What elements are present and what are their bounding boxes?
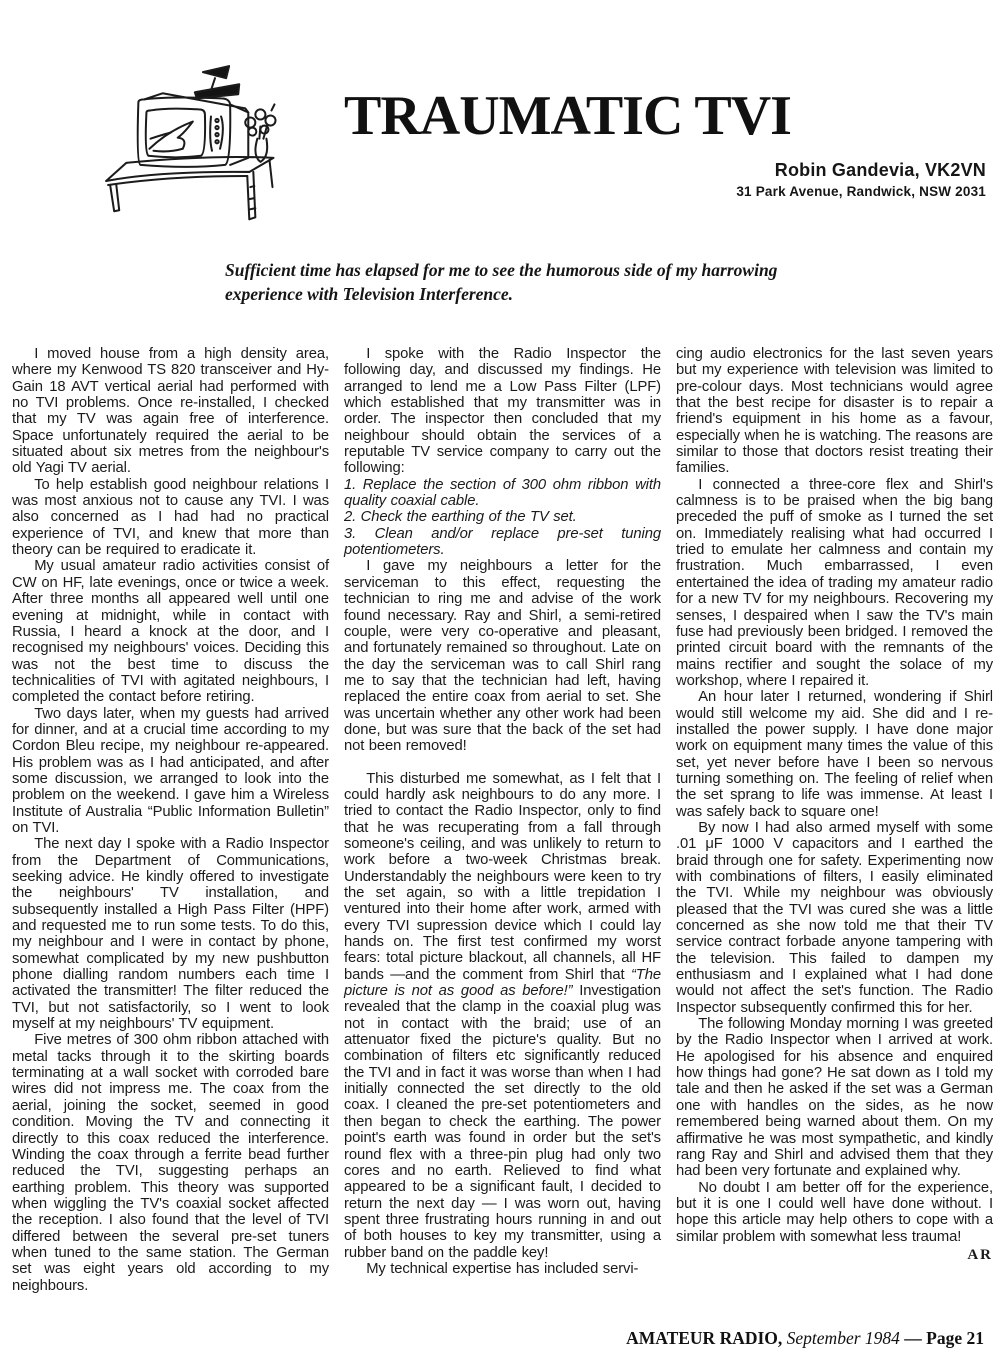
paragraph: My technical expertise has included serv… <box>344 1261 661 1277</box>
page-footer: AMATEUR RADIO, September 1984 — Page 21 <box>626 1328 984 1349</box>
paragraph: An hour later I returned, wondering if S… <box>676 689 993 820</box>
paragraph: By now I had also armed myself with some… <box>676 820 993 1016</box>
paragraph: No doubt I am better off for the experie… <box>676 1180 993 1245</box>
magazine-name: AMATEUR RADIO, <box>626 1328 782 1348</box>
paragraph: Two days later, when my guests had arriv… <box>12 706 329 837</box>
author-byline: Robin Gandevia, VK2VN <box>736 160 986 181</box>
magazine-page: TRAUMATIC TVI Robin Gandevia, VK2VN 31 P… <box>0 0 1000 1356</box>
page-number: — Page 21 <box>904 1328 984 1348</box>
list-item-3: 3. Clean and/or replace pre-set tuning p… <box>344 526 661 559</box>
paragraph: The following Monday morning I was greet… <box>676 1016 993 1179</box>
paragraph: I spoke with the Radio Inspector the fol… <box>344 346 661 477</box>
list-item-2: 2. Check the earthing of the TV set. <box>344 509 661 525</box>
paragraph-text: This disturbed me somewhat, as I felt th… <box>344 771 661 983</box>
article-column-2: I spoke with the Radio Inspector the fol… <box>344 346 661 1294</box>
byline-block: Robin Gandevia, VK2VN 31 Park Avenue, Ra… <box>736 160 986 199</box>
paragraph: This disturbed me somewhat, as I felt th… <box>344 771 661 1261</box>
article-body: I moved house from a high density area, … <box>12 346 993 1294</box>
paragraph-text: Investigation revealed that the clamp in… <box>344 983 661 1261</box>
paragraph: I connected a three-core flex and Shirl'… <box>676 477 993 689</box>
article-lede: Sufficient time has elapsed for me to se… <box>225 258 810 306</box>
paragraph: My usual amateur radio activities consis… <box>12 558 329 705</box>
issue-date: September 1984 <box>782 1328 904 1348</box>
author-address: 31 Park Avenue, Randwick, NSW 2031 <box>736 184 986 199</box>
paragraph: The next day I spoke with a Radio Inspec… <box>12 836 329 1032</box>
paragraph: To help establish good neighbour relatio… <box>12 477 329 559</box>
paragraph: I moved house from a high density area, … <box>12 346 329 477</box>
article-column-1: I moved house from a high density area, … <box>12 346 329 1294</box>
list-item-1: 1. Replace the section of 300 ohm ribbon… <box>344 477 661 510</box>
paragraph: cing audio electronics for the last seve… <box>676 346 993 477</box>
article-end-mark: AR <box>676 1247 993 1263</box>
article-column-3: cing audio electronics for the last seve… <box>676 346 993 1294</box>
page-title: TRAUMATIC TVI <box>344 84 791 148</box>
paragraph: Five metres of 300 ohm ribbon attached w… <box>12 1032 329 1294</box>
paragraph: I gave my neighbours a letter for the se… <box>344 558 661 754</box>
